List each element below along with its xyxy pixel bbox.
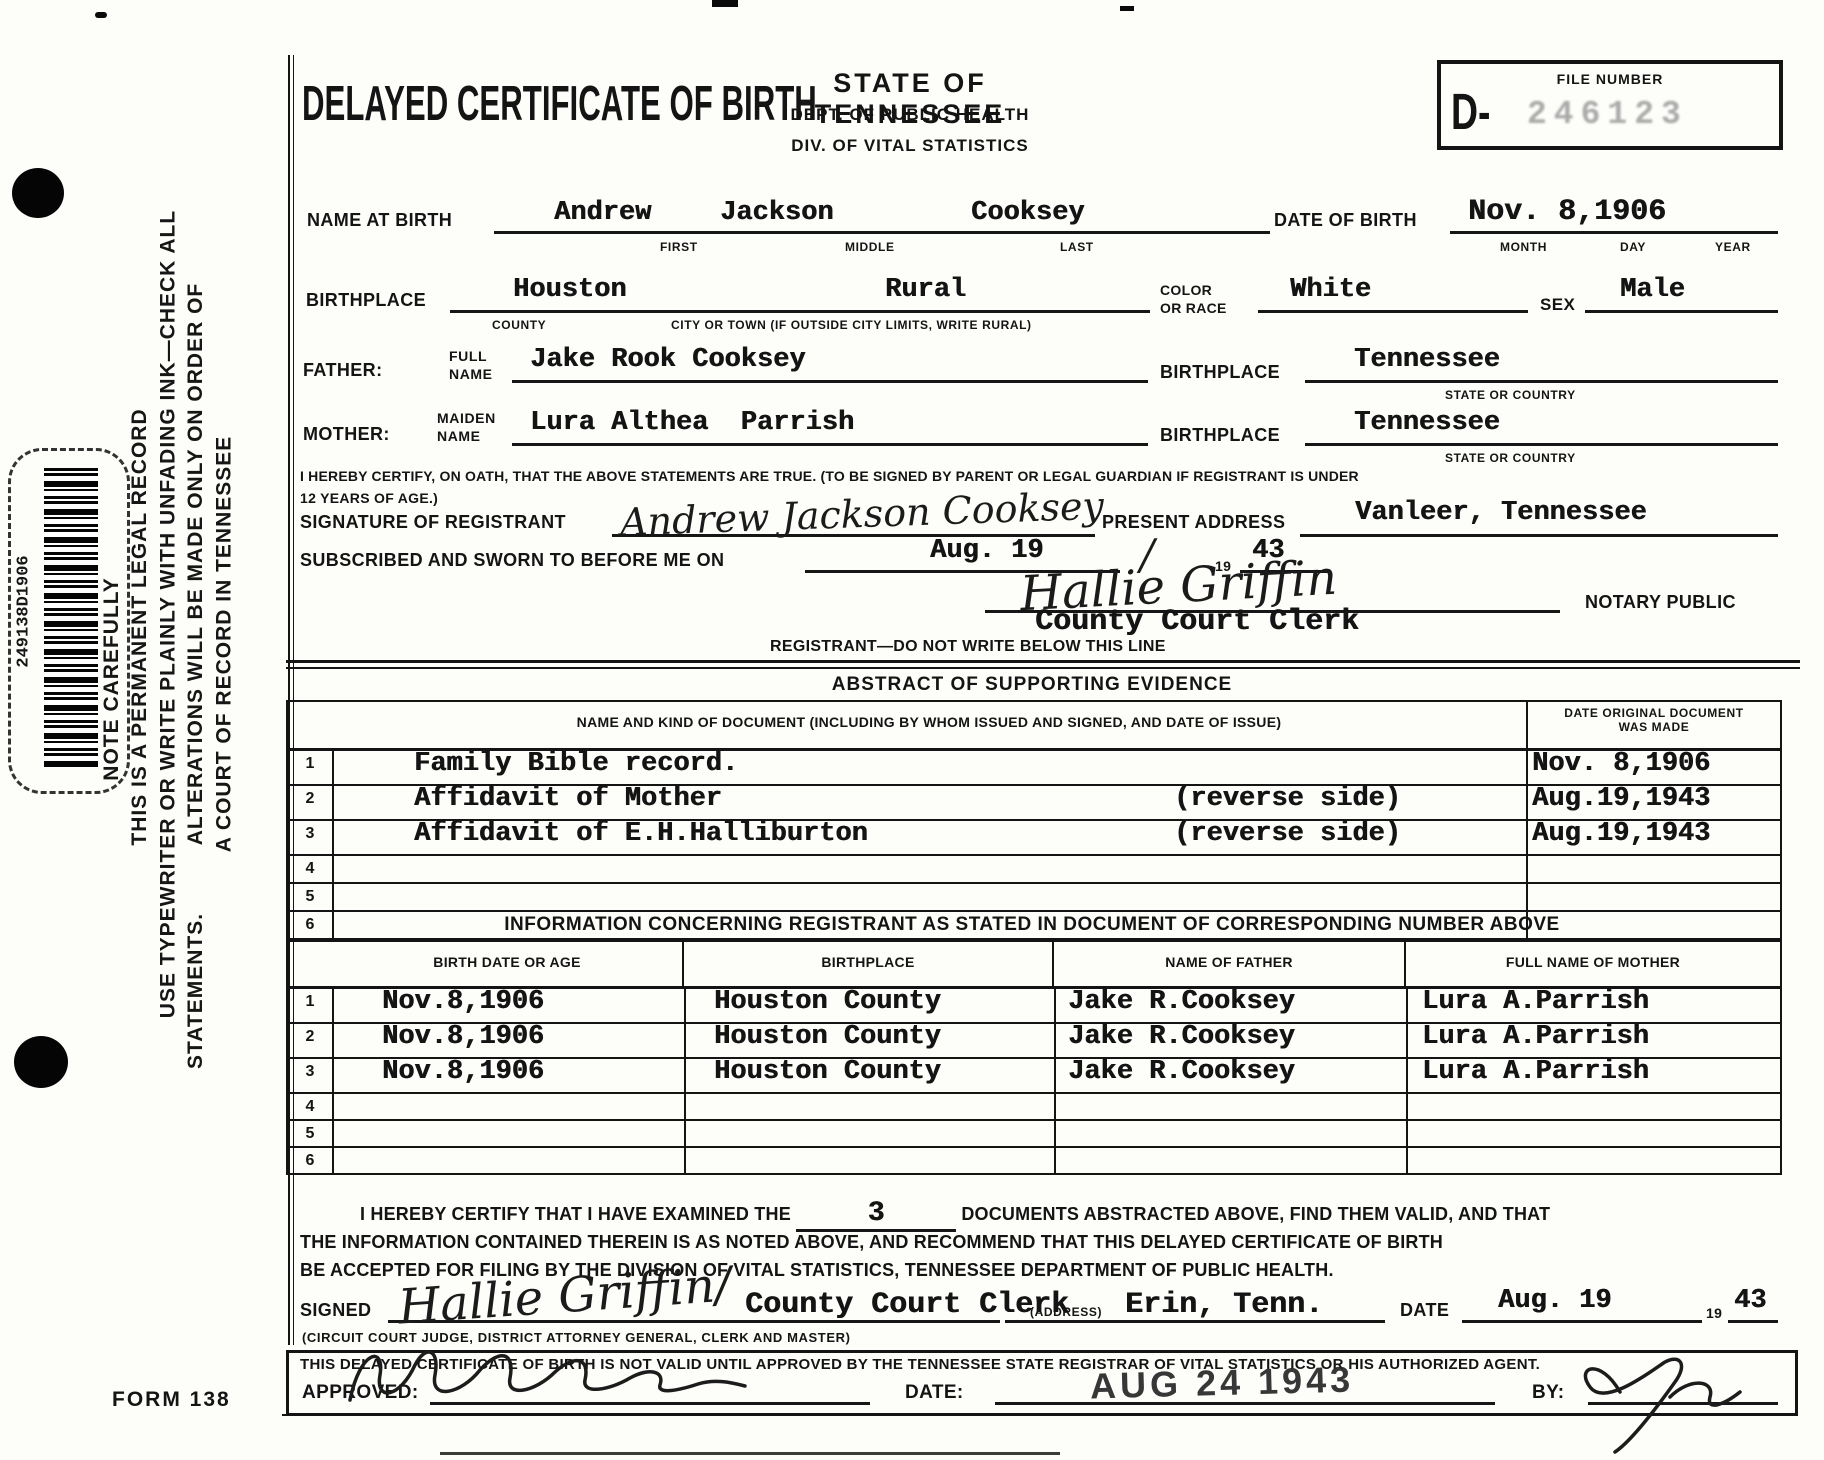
father-label: FATHER:	[303, 360, 382, 381]
mother-birthplace-label: BIRTHPLACE	[1160, 425, 1280, 446]
name-last-value: Cooksey	[971, 198, 1084, 228]
sub-city: CITY OR TOWN (IF OUTSIDE CITY LIMITS, WR…	[671, 318, 1032, 332]
sworn-date-value: Aug. 19	[930, 536, 1043, 566]
division-heading: DIV. OF VITAL STATISTICS	[740, 136, 1080, 156]
signed-date-label: DATE	[1400, 1300, 1449, 1321]
signed-place-value: Erin, Tenn.	[1125, 1288, 1323, 1322]
certify-line2: THE INFORMATION CONTAINED THEREIN IS AS …	[300, 1232, 1780, 1253]
date-of-birth-label: DATE OF BIRTH	[1274, 210, 1417, 231]
mother-state-or-country: STATE OR COUNTRY	[1445, 451, 1576, 465]
margin-note-permanent-record: THIS IS A PERMANENT LEGAL RECORD	[128, 347, 152, 907]
abstract-doc: Affidavit of E.H.Halliburton	[414, 819, 868, 849]
info-father: Jake R.Cooksey	[1068, 1022, 1295, 1052]
section-divider	[286, 660, 1800, 669]
father-name-value: Jake Rook Cooksey	[530, 345, 805, 375]
signed-date-line	[1462, 1320, 1702, 1323]
signed-year-line	[1728, 1320, 1778, 1323]
sex-label: SEX	[1540, 295, 1575, 315]
signed-year-value: 43	[1734, 1286, 1766, 1316]
scan-edge-line	[440, 1452, 1060, 1455]
doc-count-value: 3	[868, 1198, 885, 1229]
scanned-birth-certificate: 249138D1906 NOTE CAREFULLY THIS IS A PER…	[0, 0, 1824, 1460]
address-label: (ADDRESS)	[1030, 1305, 1102, 1319]
sub-month: MONTH	[1500, 240, 1547, 254]
info-row: 3 Nov.8,1906 Houston County Jake R.Cooks…	[288, 1057, 1780, 1092]
birthplace-county-value: Houston	[513, 275, 626, 305]
mother-name-label-2: NAME	[437, 428, 481, 444]
birthplace-line	[450, 310, 1150, 313]
abstract-col-doc-header: NAME AND KIND OF DOCUMENT (INCLUDING BY …	[332, 702, 1526, 748]
barcode-number: 249138D1906	[15, 517, 34, 707]
abstract-col-date-header: DATE ORIGINAL DOCUMENT WAS MADE	[1526, 702, 1780, 748]
info-mother: Lura A.Parrish	[1422, 1057, 1649, 1087]
father-state-or-country: STATE OR COUNTRY	[1445, 388, 1576, 402]
info-father: Jake R.Cooksey	[1068, 987, 1295, 1017]
barcode	[44, 468, 98, 768]
signed-title-value: County Court Clerk	[745, 1288, 1069, 1322]
father-birthplace-line	[1305, 380, 1778, 383]
info-row: 5	[288, 1119, 1780, 1146]
present-address-value: Vanleer, Tennessee	[1355, 498, 1647, 528]
notary-title-value: County Court Clerk	[1035, 605, 1359, 639]
mother-name-label-1: MAIDEN	[437, 410, 496, 426]
sub-first: FIRST	[660, 240, 698, 254]
abstract-header-row: NAME AND KIND OF DOCUMENT (INCLUDING BY …	[288, 702, 1780, 749]
abstract-row: 2 Affidavit of Mother (reverse side) Aug…	[288, 784, 1780, 819]
birthplace-label: BIRTHPLACE	[306, 290, 426, 311]
margin-note-alterations: ALTERATIONS WILL BE MADE ONLY ON ORDER O…	[184, 224, 208, 904]
file-number-stamp: 246123	[1527, 96, 1688, 133]
punch-hole	[14, 1036, 68, 1088]
approved-date-label: DATE:	[905, 1382, 964, 1404]
dept-heading: DEPT. OF PUBLIC HEALTH	[740, 105, 1080, 125]
info-row: 6	[288, 1146, 1780, 1173]
info-row: 1 Nov.8,1906 Houston County Jake R.Cooks…	[288, 987, 1780, 1022]
sub-last: LAST	[1060, 240, 1094, 254]
abstract-row: 1 Family Bible record. Nov. 8,1906	[288, 749, 1780, 784]
dob-value: Nov. 8,1906	[1468, 195, 1666, 229]
margin-note-careful: NOTE CAREFULLY	[100, 514, 124, 844]
present-address-line	[1300, 534, 1778, 537]
info-row: 4	[288, 1092, 1780, 1119]
sex-value: Male	[1620, 275, 1685, 305]
father-birthplace-label: BIRTHPLACE	[1160, 362, 1280, 383]
mother-label: MOTHER:	[303, 424, 390, 445]
oath-line1: I HEREBY CERTIFY, ON OATH, THAT THE ABOV…	[300, 468, 1780, 484]
name-at-birth-label: NAME AT BIRTH	[307, 210, 452, 231]
mother-name-line	[512, 443, 1148, 446]
abstract-date: Aug.19,1943	[1532, 784, 1710, 814]
oath-line2: 12 YEARS OF AGE.)	[300, 490, 438, 506]
approved-by-initials-scrawl	[1560, 1352, 1760, 1457]
abstract-row: 5	[288, 882, 1780, 910]
sub-day: DAY	[1620, 240, 1646, 254]
info-col-4-header: FULL NAME OF MOTHER	[1404, 942, 1780, 986]
punch-hole	[12, 168, 64, 218]
abstract-doc: Family Bible record.	[414, 749, 738, 779]
name-first-value: Andrew	[554, 198, 651, 228]
name-middle-value: Jackson	[720, 198, 833, 228]
mother-name-value: Lura Althea Parrish	[530, 408, 854, 438]
name-line	[494, 231, 1270, 234]
info-col-3-header: NAME OF FATHER	[1052, 942, 1404, 986]
signed-date-value: Aug. 19	[1498, 1286, 1611, 1316]
file-number-label: FILE NUMBER	[1441, 71, 1779, 87]
info-father: Jake R.Cooksey	[1068, 1057, 1295, 1087]
abstract-row: 3 Affidavit of E.H.Halliburton (reverse …	[288, 819, 1780, 854]
margin-note-court-record: A COURT OF RECORD IN TENNESSEE	[213, 387, 237, 902]
birthplace-city-value: Rural	[885, 275, 966, 305]
mother-birthplace-line	[1305, 443, 1778, 446]
sworn-label: SUBSCRIBED AND SWORN TO BEFORE ME ON	[300, 550, 724, 571]
file-number-prefix: D-	[1451, 84, 1490, 142]
sex-line	[1585, 310, 1778, 313]
mother-birthplace-value: Tennessee	[1354, 408, 1500, 438]
abstract-row: 4	[288, 854, 1780, 882]
abstract-note: (reverse side)	[1174, 819, 1401, 849]
scan-speck	[712, 0, 738, 7]
present-address-label: PRESENT ADDRESS	[1102, 512, 1285, 533]
info-mother: Lura A.Parrish	[1422, 987, 1649, 1017]
race-label-2: OR RACE	[1160, 300, 1227, 316]
abstract-note: (reverse side)	[1174, 784, 1401, 814]
abstract-date: Nov. 8,1906	[1532, 749, 1710, 779]
certify-line1: I HEREBY CERTIFY THAT I HAVE EXAMINED TH…	[300, 1198, 1780, 1232]
certify-line1-pre: I HEREBY CERTIFY THAT I HAVE EXAMINED TH…	[360, 1204, 791, 1224]
scan-speck	[95, 12, 107, 18]
race-label-1: COLOR	[1160, 282, 1212, 298]
form-number: FORM 138	[112, 1388, 231, 1412]
info-birthplace: Houston County	[714, 987, 941, 1017]
info-header-row: BIRTH DATE OR AGE BIRTHPLACE NAME OF FAT…	[288, 942, 1780, 987]
father-birthplace-value: Tennessee	[1354, 345, 1500, 375]
file-number-box: FILE NUMBER D- 246123	[1437, 60, 1783, 150]
info-birthplace: Houston County	[714, 1022, 941, 1052]
sub-year: YEAR	[1715, 240, 1751, 254]
father-name-line	[512, 380, 1148, 383]
sub-middle: MIDDLE	[845, 240, 895, 254]
do-not-write-notice: REGISTRANT—DO NOT WRITE BELOW THIS LINE	[770, 638, 1166, 656]
info-birth-date: Nov.8,1906	[382, 1057, 544, 1087]
info-row: 2 Nov.8,1906 Houston County Jake R.Cooks…	[288, 1022, 1780, 1057]
abstract-date: Aug.19,1943	[1532, 819, 1710, 849]
signed-label: SIGNED	[300, 1300, 371, 1321]
notary-public-label: NOTARY PUBLIC	[1585, 592, 1736, 613]
abstract-doc: Affidavit of Mother	[414, 784, 722, 814]
father-name-label-1: FULL	[449, 348, 487, 364]
doc-count-blank: 3	[796, 1198, 956, 1232]
race-value: White	[1290, 275, 1371, 305]
sub-county: COUNTY	[492, 318, 546, 332]
info-col-1-header: BIRTH DATE OR AGE	[332, 942, 682, 986]
info-birthplace: Houston County	[714, 1057, 941, 1087]
registrant-signature-label: SIGNATURE OF REGISTRANT	[300, 512, 566, 533]
info-col-2-header: BIRTHPLACE	[682, 942, 1052, 986]
margin-note-typewriter: USE TYPEWRITER OR WRITE PLAINLY WITH UNF…	[157, 192, 181, 1037]
abstract-section-title: ABSTRACT OF SUPPORTING EVIDENCE	[286, 674, 1778, 696]
info-mother: Lura A.Parrish	[1422, 1022, 1649, 1052]
scan-speck	[1120, 6, 1134, 11]
approved-signature-scrawl	[330, 1340, 810, 1410]
margin-note-statements: STATEMENTS.	[184, 929, 208, 1069]
certify-line1-post: DOCUMENTS ABSTRACTED ABOVE, FIND THEM VA…	[961, 1204, 1550, 1224]
registrant-info-table: BIRTH DATE OR AGE BIRTHPLACE NAME OF FAT…	[286, 940, 1782, 1175]
approved-date-stamp: AUG 24 1943	[1089, 1359, 1354, 1408]
abstract-table: NAME AND KIND OF DOCUMENT (INCLUDING BY …	[286, 700, 1782, 940]
registrant-info-title: INFORMATION CONCERNING REGISTRANT AS STA…	[286, 914, 1778, 936]
info-birth-date: Nov.8,1906	[382, 1022, 544, 1052]
info-birth-date: Nov.8,1906	[382, 987, 544, 1017]
signed-year-prefix: 19	[1706, 1305, 1722, 1321]
dob-line	[1450, 231, 1778, 234]
race-line	[1258, 310, 1528, 313]
father-name-label-2: NAME	[449, 366, 493, 382]
